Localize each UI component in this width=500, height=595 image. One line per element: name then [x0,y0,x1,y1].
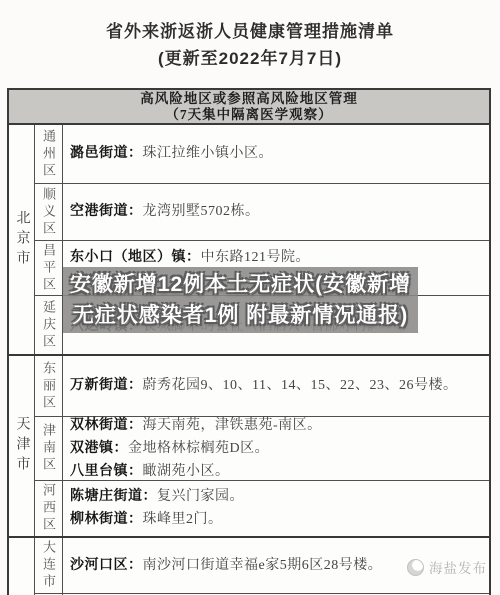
location-text: 珠峰里2门。 [143,512,223,527]
district-label: 顺义区 [39,187,58,238]
province-cell: 天津市 [9,356,35,536]
district-cell: 延庆区 [35,296,63,354]
document-title: 省外来浙返浙人员健康管理措施清单 (更新至2022年7月7日) [0,18,500,72]
detail-line: 陈塘庄街道：复兴门家园。 [70,488,485,506]
table-header: 高风险地区或参照高风险地区管理 （7天集中隔离医学观察） [9,90,489,125]
location-text: 南沙河口街道幸福e家5期6区28号楼。 [143,558,383,573]
risk-area-table: 高风险地区或参照高风险地区管理 （7天集中隔离医学观察） 北京市通州区潞邑街道：… [7,88,491,595]
district-label: 大连市 [39,540,58,591]
location-text: 龙湾别墅5702栋。 [143,204,260,219]
street-label: 万新街道： [70,378,143,393]
district-cell: 通州区 [35,125,63,183]
table-header-line2: （7天集中隔离医学观察） [9,107,489,123]
province-group: 天津市东丽区万新街道：蔚秀花园9、10、11、14、15、22、23、26号楼。… [9,354,489,536]
district-label: 河西区 [39,483,58,534]
detail-line: 双林街道：海天南苑，津铁惠苑-南区。 [70,417,485,435]
street-label: 沙河口区： [70,558,143,573]
table-header-line1: 高风险地区或参照高风险地区管理 [9,91,489,107]
district-cell: 东丽区 [35,356,63,416]
street-label: 柳林街道： [70,512,143,527]
caption-line1: 安徽新增12例本土无症状(安徽新增 [70,270,411,300]
publisher-logo-icon [407,559,424,576]
detail-line: 万新街道：蔚秀花园9、10、11、14、15、22、23、26号楼。 [70,377,485,395]
detail-cell: 陈塘庄街道：复兴门家园。柳林街道：珠峰里2门。 [63,481,489,536]
street-label: 双港镇： [70,441,128,456]
document-title-line1: 省外来浙返浙人员健康管理措施清单 [0,18,500,45]
location-text: 复兴门家园。 [157,489,244,504]
table-row: 津南区双林街道：海天南苑，津铁惠苑-南区。双港镇：金地格林棕榈苑D区。八里台镇：… [35,416,489,480]
publisher-name: 海盐发布 [429,557,487,577]
street-label: 八里台镇： [70,464,143,479]
location-text: 金地格林棕榈苑D区。 [128,441,269,456]
location-text: 珠江拉维小镇小区。 [143,146,274,161]
location-text: 海天南苑，津铁惠苑-南区。 [143,418,322,433]
detail-cell: 双林街道：海天南苑，津铁惠苑-南区。双港镇：金地格林棕榈苑D区。八里台镇：瞰湖苑… [63,417,489,480]
detail-line: 柳林街道：珠峰里2门。 [70,511,485,529]
province-label: 天津市 [12,416,32,476]
street-label: 东小口（地区）镇： [70,250,201,265]
detail-cell: 潞邑街道：珠江拉维小镇小区。 [63,125,489,183]
detail-line: 空港街道：龙湾别墅5702栋。 [70,203,485,221]
district-label: 昌平区 [39,243,58,294]
detail-cell: 万新街道：蔚秀花园9、10、11、14、15、22、23、26号楼。 [63,356,489,416]
district-cell: 河西区 [35,481,63,536]
location-text: 瞰湖苑小区。 [143,464,230,479]
document-title-line2: (更新至2022年7月7日) [0,45,500,72]
detail-line: 八里台镇：瞰湖苑小区。 [70,463,485,481]
province-label: 北京市 [12,210,32,270]
detail-line: 潞邑街道：珠江拉维小镇小区。 [70,145,485,163]
street-label: 陈塘庄街道： [70,489,157,504]
street-label: 潞邑街道： [70,146,143,161]
district-label: 东丽区 [39,361,58,412]
street-label: 双林街道： [70,418,143,433]
publisher-watermark: 海盐发布 [407,557,487,577]
caption-overlay: 安徽新增12例本土无症状(安徽新增 无症状感染者1例 附最新情况通报) [63,267,418,333]
province-cell: 北京市 [9,125,35,354]
district-cell: 顺义区 [35,184,63,240]
district-label: 延庆区 [39,300,58,351]
location-text: 蔚秀花园9、10、11、14、15、22、23、26号楼。 [143,378,458,393]
province-cell [9,538,35,595]
district-cell: 大连市 [35,538,63,593]
location-text: 中东路121号院。 [201,250,311,265]
table-row: 河西区陈塘庄街道：复兴门家园。柳林街道：珠峰里2门。 [35,480,489,536]
street-label: 空港街道： [70,204,143,219]
district-rows: 东丽区万新街道：蔚秀花园9、10、11、14、15、22、23、26号楼。津南区… [35,356,489,536]
table-body: 北京市通州区潞邑街道：珠江拉维小镇小区。顺义区空港街道：龙湾别墅5702栋。昌平… [9,125,489,595]
detail-line: 东小口（地区）镇：中东路121号院。 [70,249,485,267]
table-row: 东丽区万新街道：蔚秀花园9、10、11、14、15、22、23、26号楼。 [35,356,489,416]
district-label: 通州区 [39,129,58,180]
district-cell: 昌平区 [35,241,63,295]
caption-line2: 无症状感染者1例 附最新情况通报) [73,301,409,331]
table-row: 通州区潞邑街道：珠江拉维小镇小区。 [35,125,489,183]
district-label: 津南区 [39,423,58,474]
detail-line: 双港镇：金地格林棕榈苑D区。 [70,440,485,458]
district-cell: 津南区 [35,417,63,480]
